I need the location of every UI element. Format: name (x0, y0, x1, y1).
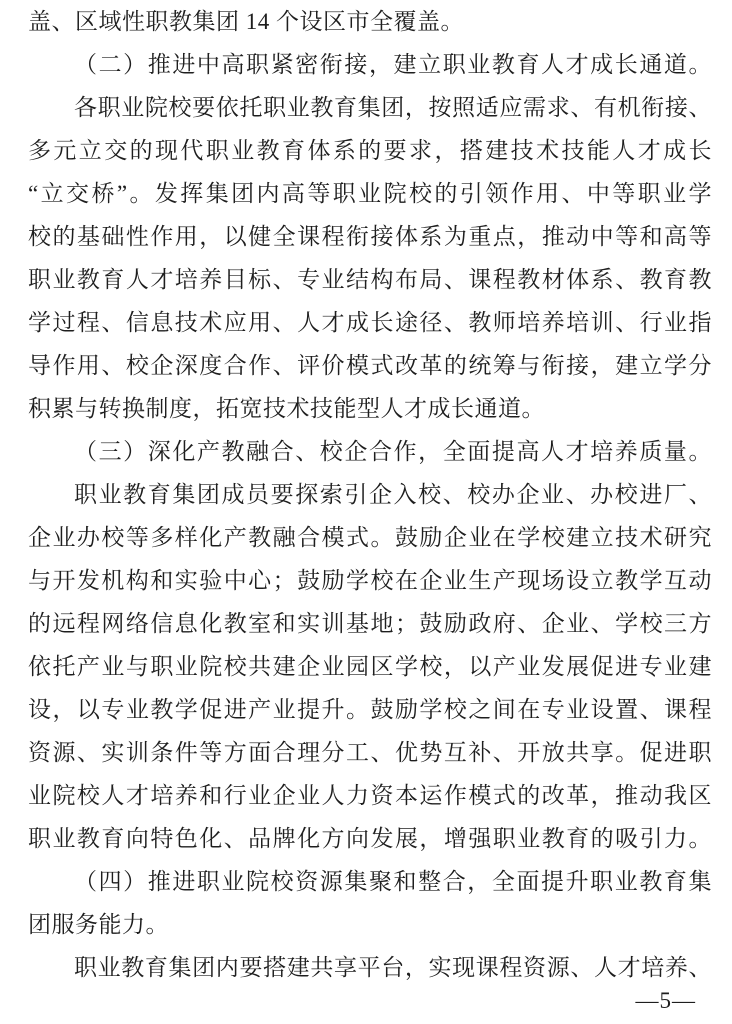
page-number: —5— (636, 988, 697, 1014)
text-line: 职业教育集团成员要探索引企入校、校办企业、办校进厂、 (28, 473, 712, 516)
text-line: 积累与转换制度，拓宽技术技能型人才成长通道。 (28, 387, 712, 430)
text-line: 职业教育集团内要搭建共享平台，实现课程资源、人才培养、 (28, 946, 712, 989)
text-line: 多元立交的现代职业教育体系的要求，搭建技术技能人才成长 (28, 129, 712, 172)
text-line: 各职业院校要依托职业教育集团，按照适应需求、有机衔接、 (28, 86, 712, 129)
text-line: 职业教育向特色化、品牌化方向发展，增强职业教育的吸引力。 (28, 817, 712, 860)
text-line: 资源、实训条件等方面合理分工、优势互补、开放共享。促进职 (28, 731, 712, 774)
text-line: 与开发机构和实验中心；鼓励学校在企业生产现场设立教学互动 (28, 559, 712, 602)
text-line: 职业教育人才培养目标、专业结构布局、课程教材体系、教育教 (28, 258, 712, 301)
text-line: 导作用、校企深度合作、评价模式改革的统筹与衔接，建立学分 (28, 344, 712, 387)
text-line: 设，以专业教学促进产业提升。鼓励学校之间在专业设置、课程 (28, 688, 712, 731)
text-line: 的远程网络信息化教室和实训基地；鼓励政府、企业、学校三方 (28, 602, 712, 645)
document-page: 盖、区域性职教集团 14 个设区市全覆盖。（二）推进中高职紧密衔接，建立职业教育… (0, 0, 732, 1024)
text-line: 业院校人才培养和行业企业人力资本运作模式的改革，推动我区 (28, 774, 712, 817)
text-line: 盖、区域性职教集团 14 个设区市全覆盖。 (28, 0, 712, 43)
document-body: 盖、区域性职教集团 14 个设区市全覆盖。（二）推进中高职紧密衔接，建立职业教育… (28, 0, 712, 989)
text-line: 企业办校等多样化产教融合模式。鼓励企业在学校建立技术研究 (28, 516, 712, 559)
text-line: “立交桥”。发挥集团内高等职业院校的引领作用、中等职业学 (28, 172, 712, 215)
heading-line: 团服务能力。 (28, 903, 712, 946)
text-line: 校的基础性作用，以健全课程衔接体系为重点，推动中等和高等 (28, 215, 712, 258)
text-line: 依托产业与职业院校共建企业园区学校，以产业发展促进专业建 (28, 645, 712, 688)
heading-line: （四）推进职业院校资源集聚和整合，全面提升职业教育集 (28, 860, 712, 903)
heading-line: （三）深化产教融合、校企合作，全面提高人才培养质量。 (28, 430, 712, 473)
heading-line: （二）推进中高职紧密衔接，建立职业教育人才成长通道。 (28, 43, 712, 86)
text-line: 学过程、信息技术应用、人才成长途径、教师培养培训、行业指 (28, 301, 712, 344)
